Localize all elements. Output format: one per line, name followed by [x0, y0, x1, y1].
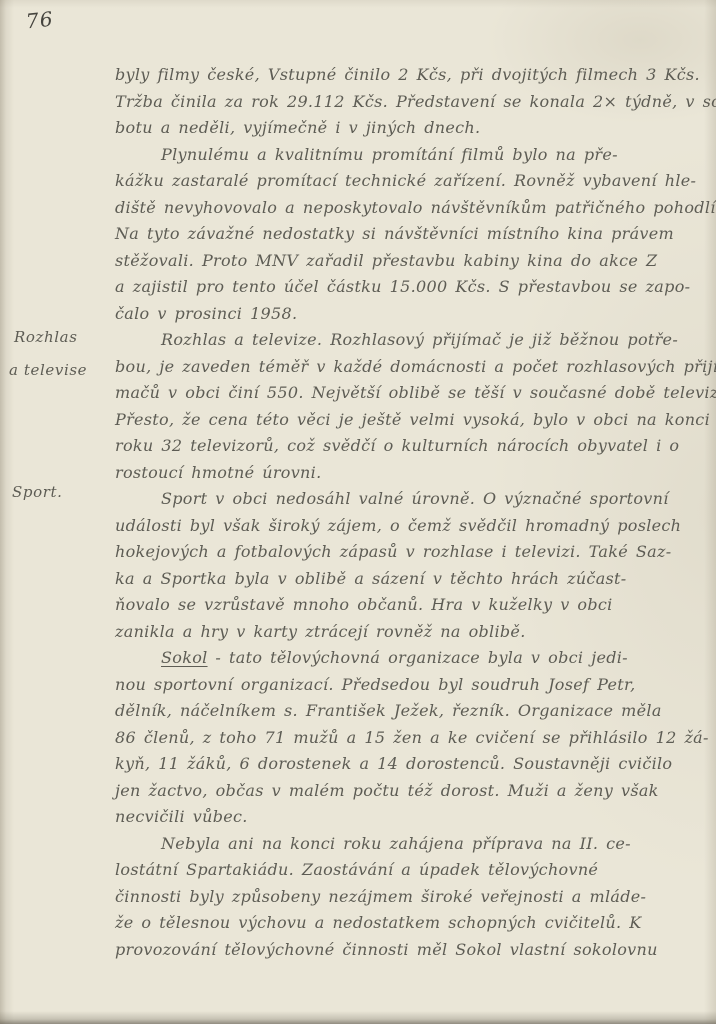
- text-line: Tržba činila za rok 29.112 Kčs. Představ…: [115, 89, 707, 116]
- text-line: kážku zastaralé promítací technické zaří…: [115, 168, 707, 195]
- text-line: zanikla a hry v karty ztrácejí rovněž na…: [115, 619, 707, 646]
- page-number: 76: [25, 7, 55, 34]
- chronicle-page: 76 Rozhlas a televise Sport. byly filmy …: [0, 0, 716, 1024]
- text-line: Nebyla ani na konci roku zahájena přípra…: [115, 831, 707, 858]
- text-line: diště nevyhovovalo a neposkytovalo návšt…: [115, 195, 707, 222]
- text-line: události byl však široký zájem, o čemž s…: [115, 513, 707, 540]
- text-line: provozování tělovýchovné činnosti měl So…: [115, 937, 707, 964]
- handwritten-text-block: byly filmy české, Vstupné činilo 2 Kčs, …: [115, 62, 707, 963]
- text-line: stěžovali. Proto MNV zařadil přestavbu k…: [115, 248, 707, 275]
- text-line: Na tyto závažné nedostatky si návštěvníc…: [115, 221, 707, 248]
- margin-note-sport: Sport.: [12, 483, 62, 501]
- margin-note-televise: a televise: [9, 361, 87, 379]
- text-line: dělník, náčelníkem s. František Ježek, ř…: [115, 698, 707, 725]
- text-line: Rozhlas a televize. Rozhlasový přijímač …: [115, 327, 707, 354]
- text-line: čalo v prosinci 1958.: [115, 301, 707, 328]
- text-line: ňovalo se vzrůstavě mnoho občanů. Hra v …: [115, 592, 707, 619]
- text-line: byly filmy české, Vstupné činilo 2 Kčs, …: [115, 62, 707, 89]
- text-line: botu a neděli, vyjímečně i v jiných dnec…: [115, 115, 707, 142]
- text-line: Přesto, že cena této věci je ještě velmi…: [115, 407, 707, 434]
- text-line: nou sportovní organizací. Předsedou byl …: [115, 672, 707, 699]
- margin-note-rozhlas: Rozhlas: [14, 328, 78, 346]
- text-line: že o tělesnou výchovu a nedostatkem scho…: [115, 910, 707, 937]
- text-line-rest: - tato tělovýchovná organizace byla v ob…: [208, 648, 628, 667]
- text-line: a zajistil pro tento účel částku 15.000 …: [115, 274, 707, 301]
- text-line: lostátní Spartakiádu. Zaostávání a úpade…: [115, 857, 707, 884]
- text-line: bou, je zaveden téměř v každé domácnosti…: [115, 354, 707, 381]
- text-line: 86 členů, z toho 71 mužů a 15 žen a ke c…: [115, 725, 707, 752]
- text-line: necvičili vůbec.: [115, 804, 707, 831]
- text-line: Plynulému a kvalitnímu promítání filmů b…: [115, 142, 707, 169]
- text-line: činnosti byly způsobeny nezájmem široké …: [115, 884, 707, 911]
- text-line: hokejových a fotbalových zápasů v rozhla…: [115, 539, 707, 566]
- text-line: mačů v obci činí 550. Největší oblibě se…: [115, 380, 707, 407]
- text-line: Sokol - tato tělovýchovná organizace byl…: [115, 645, 707, 672]
- text-line: roku 32 televizorů, což svědčí o kulturn…: [115, 433, 707, 460]
- text-line: kyň, 11 žáků, 6 dorostenek a 14 dorosten…: [115, 751, 707, 778]
- text-line: jen žactvo, občas v malém počtu též doro…: [115, 778, 707, 805]
- text-line: Sport v obci nedosáhl valné úrovně. O vý…: [115, 486, 707, 513]
- text-line: rostoucí hmotné úrovni.: [115, 460, 707, 487]
- text-line: ka a Sportka byla v oblibě a sázení v tě…: [115, 566, 707, 593]
- underlined-word: Sokol: [161, 648, 208, 667]
